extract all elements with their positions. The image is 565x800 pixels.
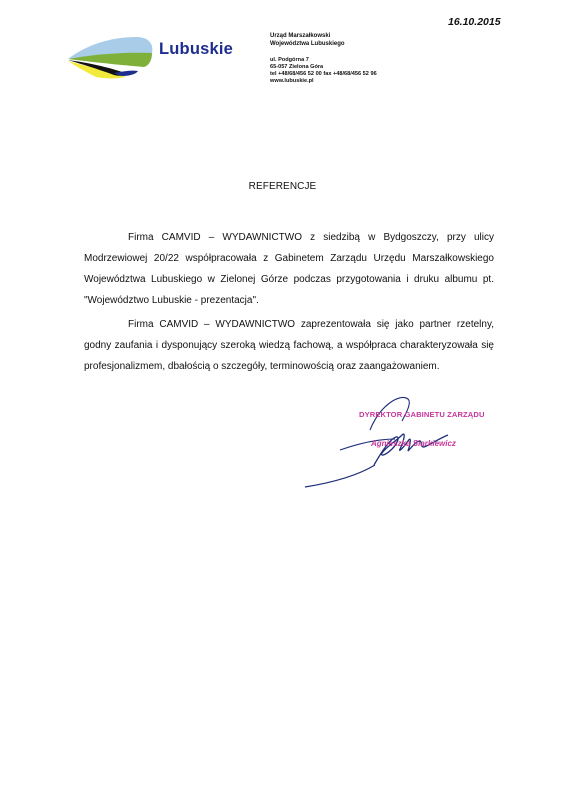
- lubuskie-logo: Lubuskie: [66, 33, 266, 83]
- official-stamp: DYREKTOR GABINETU ZARZĄDU Agnieszka Siar…: [355, 410, 525, 470]
- address-street: ul. Podgórna 7: [270, 57, 377, 64]
- document-title: REFERENCJE: [0, 181, 565, 192]
- paragraph-1-text: Firma CAMVID – WYDAWNICTWO z siedzibą w …: [84, 232, 494, 306]
- lubuskie-logo-icon: [66, 33, 158, 83]
- address-phone: tel +48/68/456 52 00 fax +48/68/456 52 9…: [270, 71, 377, 78]
- paragraph-2-text: Firma CAMVID – WYDAWNICTWO zaprezentował…: [84, 319, 494, 372]
- address-city: 65-057 Zielona Góra: [270, 64, 377, 71]
- logo-text: Lubuskie: [159, 40, 233, 59]
- sender-address: Urząd Marszałkowski Województwa Lubuskie…: [270, 33, 377, 85]
- org-name-line1: Urząd Marszałkowski: [270, 33, 377, 41]
- document-body: Firma CAMVID – WYDAWNICTWO z siedzibą w …: [84, 227, 494, 377]
- document-date: 16.10.2015: [448, 16, 501, 28]
- signatory-name: Agnieszka Siarkiewicz: [371, 439, 456, 448]
- address-website: www.lubuskie.pl: [270, 78, 377, 85]
- org-name-line2: Województwa Lubuskiego: [270, 41, 377, 49]
- paragraph-1: Firma CAMVID – WYDAWNICTWO z siedzibą w …: [84, 227, 494, 311]
- stamp-title: DYREKTOR GABINETU ZARZĄDU: [359, 410, 485, 419]
- paragraph-2: Firma CAMVID – WYDAWNICTWO zaprezentował…: [84, 314, 494, 377]
